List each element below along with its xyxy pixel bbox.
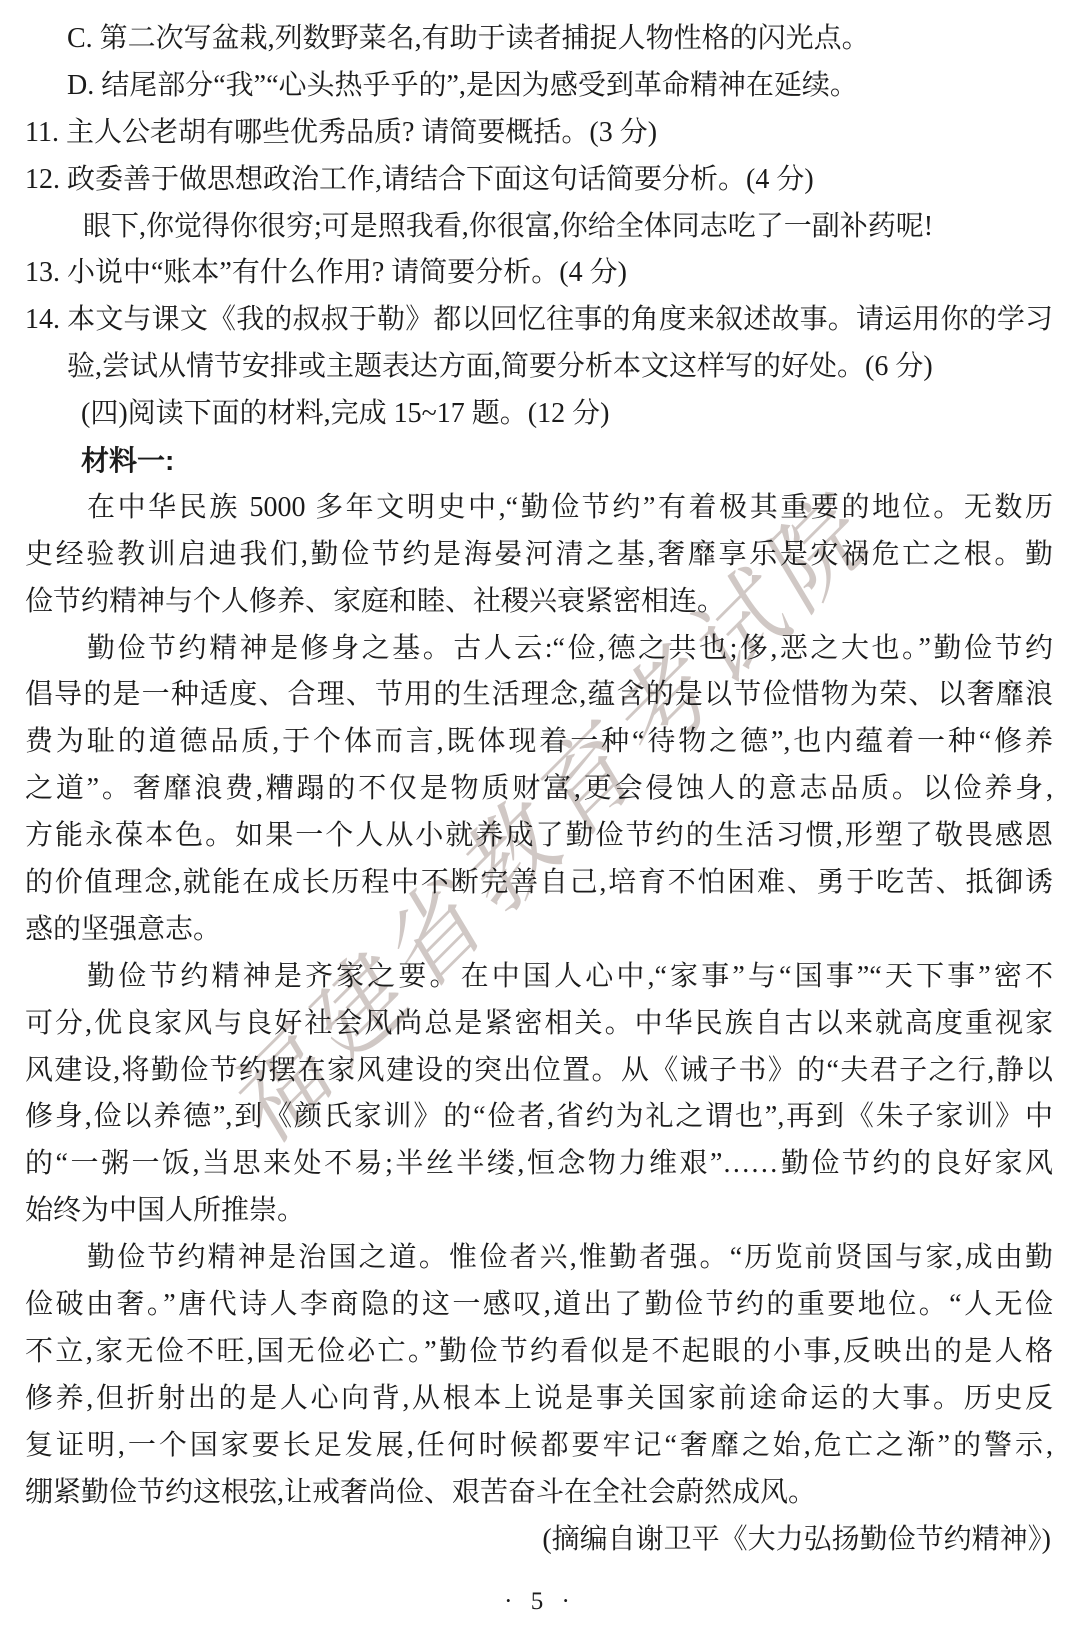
page-number: · 5 · <box>0 1588 1080 1616</box>
choice-option-d-line: D. 结尾部分“我”“心头热乎乎的”,是因为感受到革命精神在延续。 <box>25 63 1053 110</box>
material-paragraph-line: 可分,优良家风与良好社会风尚总是紧密相关。中华民族自古以来就高度重视家 <box>25 1001 1053 1048</box>
material-paragraph-line: 勤俭节约精神是修身之基。古人云:“俭,德之共也;侈,恶之大也。”勤俭节约 <box>25 626 1053 673</box>
material-paragraph-line: 的“一粥一饭,当思来处不易;半丝半缕,恒念物力维艰”……勤俭节约的良好家风 <box>25 1141 1053 1188</box>
exam-paper-page: 福建省教育考试院 C. 第二次写盆栽,列数野菜名,有助于读者捕捉人物性格的闪光点… <box>0 0 1080 1647</box>
question-13-line: 13. 小说中“账本”有什么作用? 请简要分析。(4 分) <box>25 250 1053 297</box>
material-paragraph-line: 俭破由奢。”唐代诗人李商隐的这一感叹,道出了勤俭节约的重要地位。“人无俭 <box>25 1282 1053 1329</box>
material-paragraph-line: 在中华民族 5000 多年文明史中,“勤俭节约”有着极其重要的地位。无数历 <box>25 485 1053 532</box>
question-14-line-2: 验,尝试从情节安排或主题表达方面,简要分析本文这样写的好处。(6 分) <box>25 344 1053 391</box>
material-paragraph-line: 之道”。奢靡浪费,糟蹋的不仅是物质财富,更会侵蚀人的意志品质。以俭养身, <box>25 766 1053 813</box>
question-12-quote-line: 眼下,你觉得你很穷;可是照我看,你很富,你给全体同志吃了一副补药呢! <box>25 204 1053 251</box>
text-lines: C. 第二次写盆栽,列数野菜名,有助于读者捕捉人物性格的闪光点。D. 结尾部分“… <box>25 16 1053 1563</box>
material-paragraph-line: 修身,俭以养德”,到《颜氏家训》的“俭者,省约为礼之谓也”,再到《朱子家训》中 <box>25 1094 1053 1141</box>
material-paragraph-line: 勤俭节约精神是治国之道。惟俭者兴,惟勤者强。“历览前贤国与家,成由勤 <box>25 1235 1053 1282</box>
material-paragraph-line: 惑的坚强意志。 <box>25 907 1053 954</box>
question-12-line: 12. 政委善于做思想政治工作,请结合下面这句话简要分析。(4 分) <box>25 157 1053 204</box>
material-paragraph-line: 风建设,将勤俭节约摆在家风建设的突出位置。从《诫子书》的“夫君子之行,静以 <box>25 1048 1053 1095</box>
material-paragraph-line: 始终为中国人所推崇。 <box>25 1188 1053 1235</box>
source-attribution-line: (摘编自谢卫平《大力弘扬勤俭节约精神》) <box>25 1517 1053 1564</box>
material-paragraph-line: 史经验教训启迪我们,勤俭节约是海晏河清之基,奢靡享乐是灾祸危亡之根。勤 <box>25 532 1053 579</box>
choice-option-c-line: C. 第二次写盆栽,列数野菜名,有助于读者捕捉人物性格的闪光点。 <box>25 16 1053 63</box>
material-paragraph-line: 的价值理念,就能在成长历程中不断完善自己,培育不怕困难、勇于吃苦、抵御诱 <box>25 860 1053 907</box>
material-paragraph-line: 方能永葆本色。如果一个人从小就养成了勤俭节约的生活习惯,形塑了敬畏感恩 <box>25 813 1053 860</box>
material-paragraph-line: 不立,家无俭不旺,国无俭必亡。”勤俭节约看似是不起眼的小事,反映出的是人格 <box>25 1329 1053 1376</box>
material-paragraph-line: 绷紧勤俭节约这根弦,让戒奢尚俭、艰苦奋斗在全社会蔚然成风。 <box>25 1470 1053 1517</box>
question-14-line-1: 14. 本文与课文《我的叔叔于勒》都以回忆往事的角度来叙述故事。请运用你的学习经 <box>25 297 1053 344</box>
material-paragraph-line: 费为耻的道德品质,于个体而言,既体现着一种“待物之德”,也内蕴着一种“修养 <box>25 719 1053 766</box>
section-4-instruction-line: (四)阅读下面的材料,完成 15~17 题。(12 分) <box>25 391 1053 438</box>
material-paragraph-line: 修养,但折射出的是人心向背,从根本上说是事关国家前途命运的大事。历史反 <box>25 1376 1053 1423</box>
material-paragraph-line: 复证明,一个国家要长足发展,任何时候都要牢记“奢靡之始,危亡之渐”的警示, <box>25 1423 1053 1470</box>
material-paragraph-line: 倡导的是一种适度、合理、节用的生活理念,蕴含的是以节俭惜物为荣、以奢靡浪 <box>25 672 1053 719</box>
material-paragraph-line: 俭节约精神与个人修养、家庭和睦、社稷兴衰紧密相连。 <box>25 579 1053 626</box>
question-11-line: 11. 主人公老胡有哪些优秀品质? 请简要概括。(3 分) <box>25 110 1053 157</box>
material-1-heading: 材料一: <box>25 438 1053 485</box>
material-paragraph-line: 勤俭节约精神是齐家之要。在中国人心中,“家事”与“国事”“天下事”密不 <box>25 954 1053 1001</box>
